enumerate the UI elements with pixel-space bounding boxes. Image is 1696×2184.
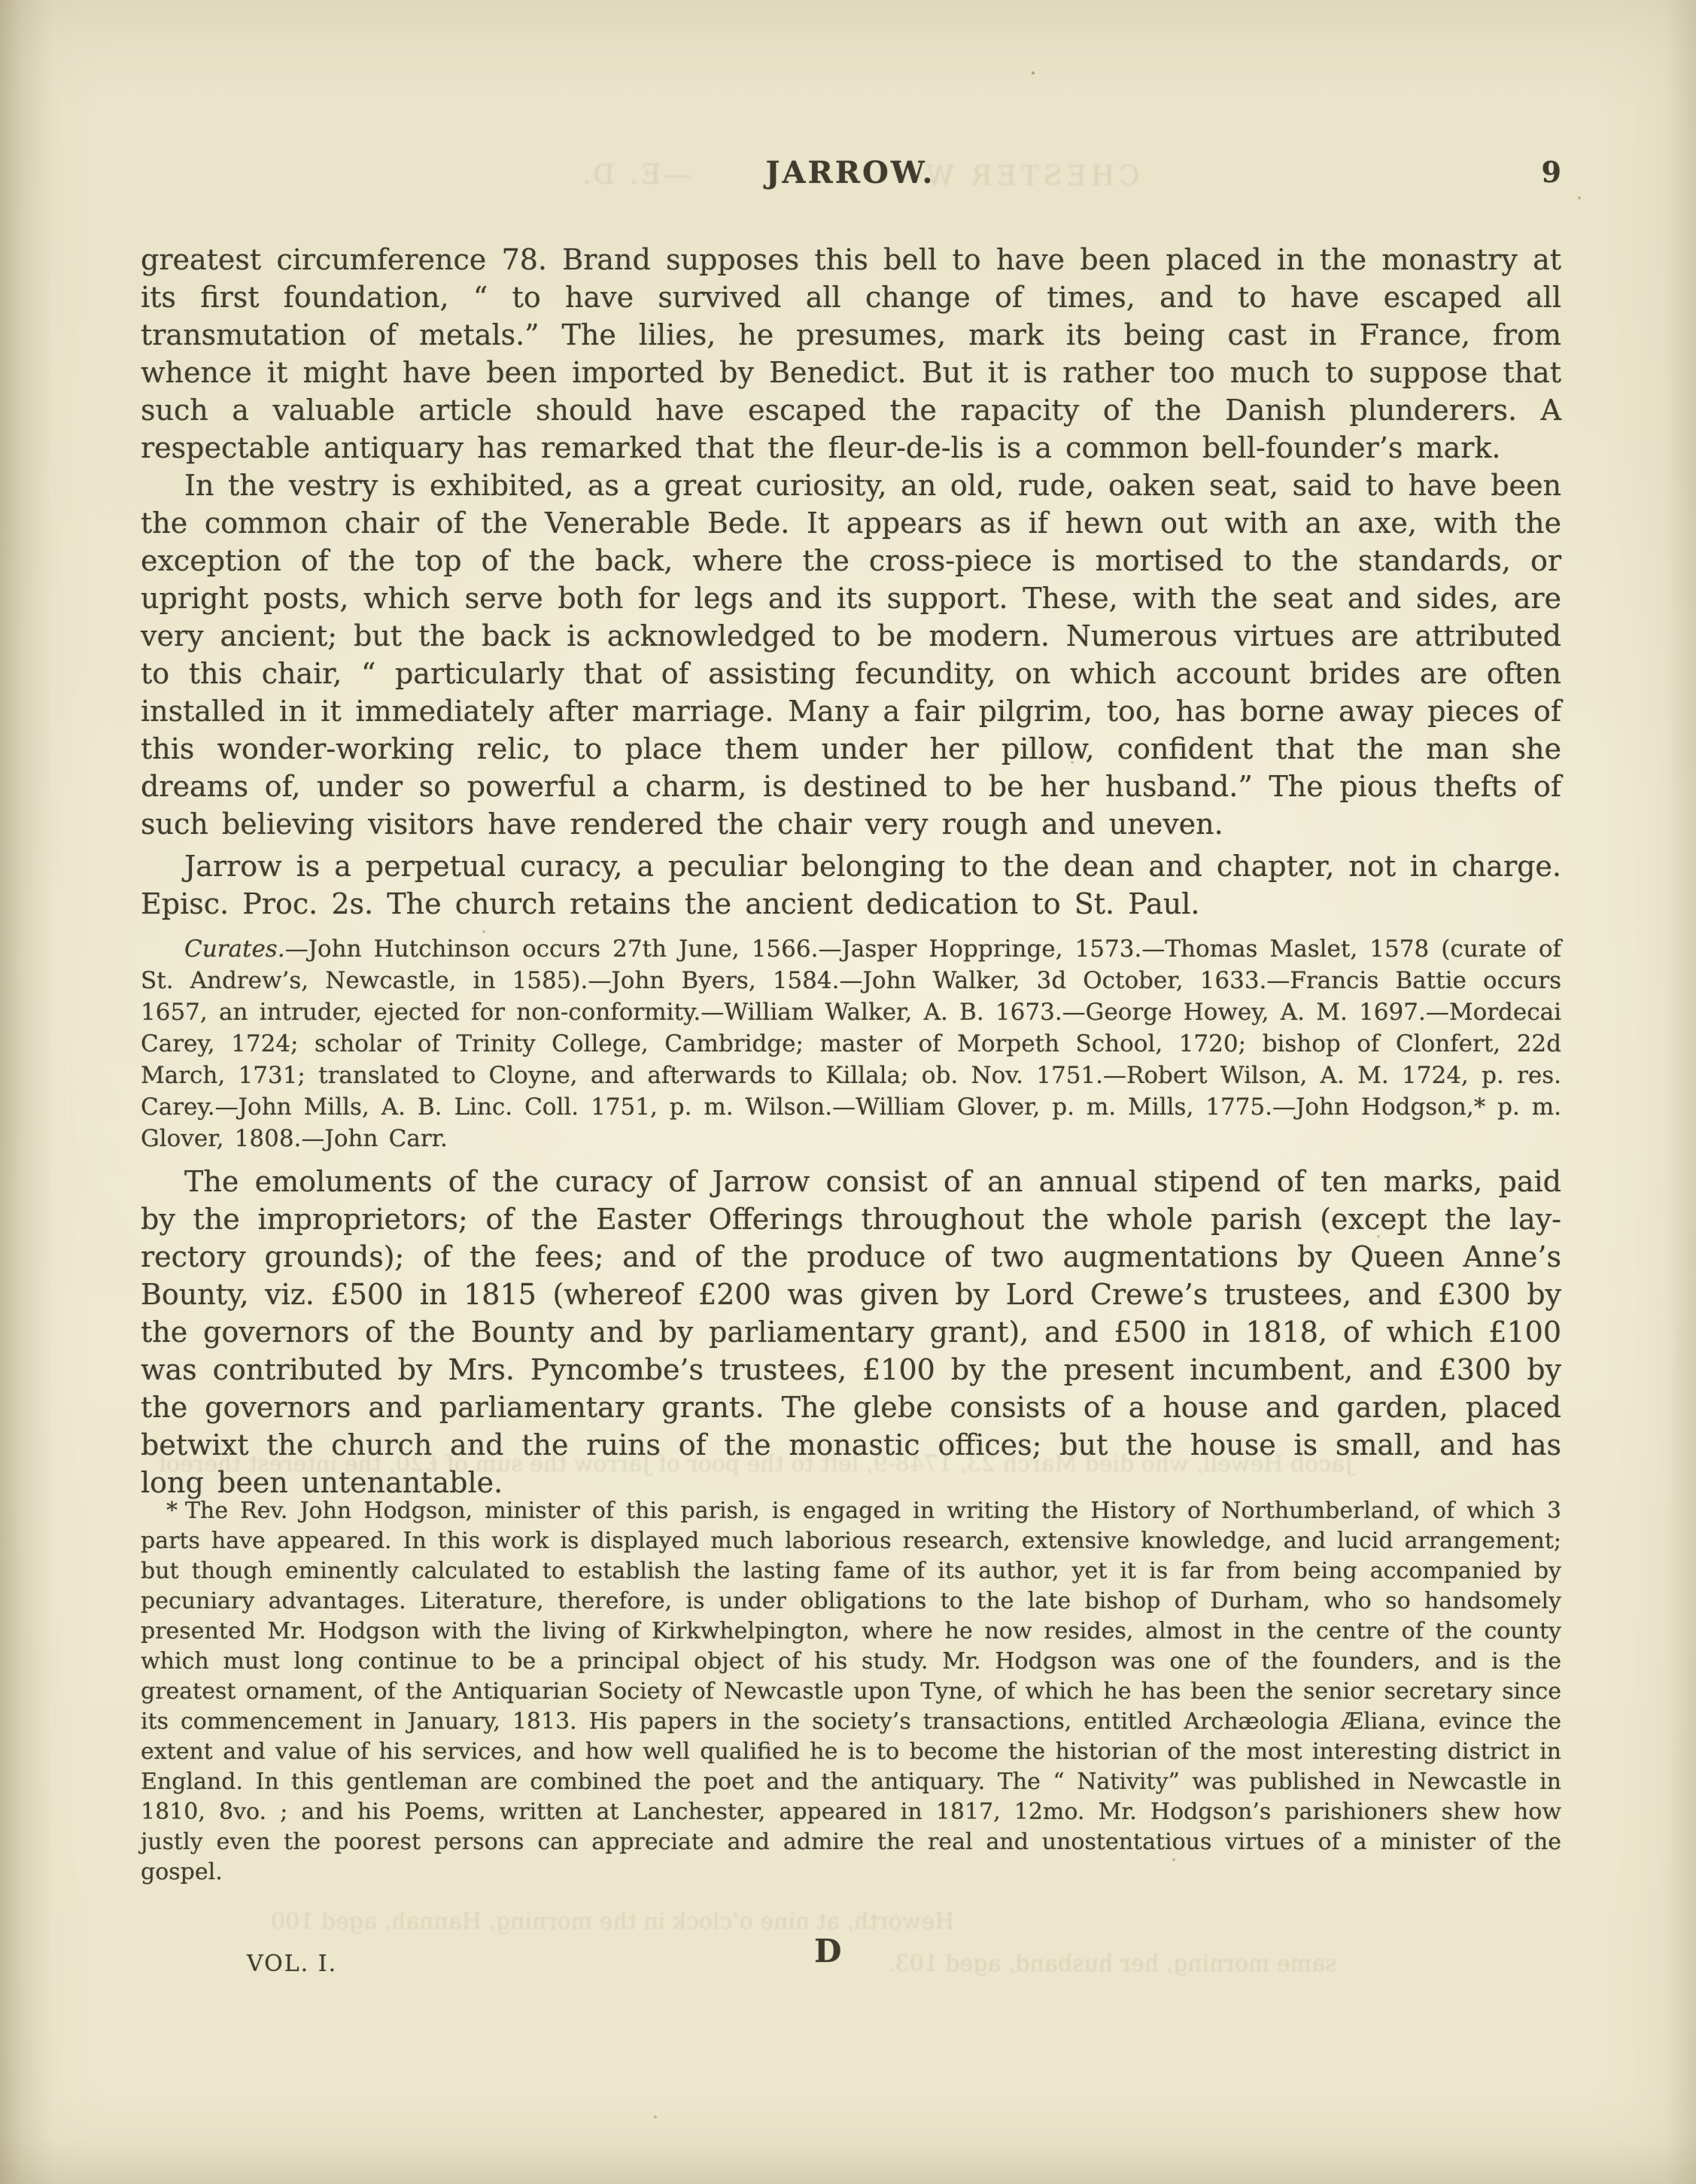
paragraph-text: Curates.—John Hutchinson occurs 27th Jun… — [141, 933, 1561, 1154]
paragraph-bede-chair: In the vestry is exhibited, as a great c… — [141, 467, 1561, 843]
page-number: 9 — [139, 155, 1561, 189]
curates-lead-italic: Curates. — [184, 935, 285, 963]
footnote-asterisk: * — [166, 1498, 178, 1524]
paragraph-curacy: Jarrow is a perpetual curacy, a peculiar… — [141, 847, 1561, 923]
footnote-body: The Rev. John Hodgson, minister of this … — [141, 1498, 1561, 1885]
paragraph-bell: greatest circumference 78. Brand suppose… — [141, 241, 1561, 467]
volume-label: VOL. I. — [247, 1951, 337, 1977]
paragraph-text: In the vestry is exhibited, as a great c… — [141, 467, 1561, 843]
curates-body: —John Hutchinson occurs 27th June, 1566.… — [141, 935, 1561, 1152]
footnote-paragraph: *The Rev. John Hodgson, minister of this… — [141, 1496, 1561, 1887]
scanned-book-page: —E. D. CHESTER W Jacob Hewell, who died … — [0, 0, 1696, 2184]
paragraph-text: The emoluments of the curacy of Jarrow c… — [141, 1163, 1561, 1501]
showthrough-line: same morning, her husband, aged 103. — [888, 1951, 1336, 1977]
paragraph-text: greatest circumference 78. Brand suppose… — [141, 241, 1561, 467]
paragraph-emoluments: The emoluments of the curacy of Jarrow c… — [141, 1163, 1561, 1501]
paragraph-text: Jarrow is a perpetual curacy, a peculiar… — [141, 847, 1561, 923]
paragraph-curates-list: Curates.—John Hutchinson occurs 27th Jun… — [141, 933, 1561, 1154]
paper-speckles — [0, 0, 2, 2]
footnote-hodgson: *The Rev. John Hodgson, minister of this… — [141, 1496, 1561, 1887]
signature-mark: D — [814, 1933, 841, 1970]
showthrough-line: Heworth, at nine o’clock in the morning,… — [271, 1909, 954, 1935]
